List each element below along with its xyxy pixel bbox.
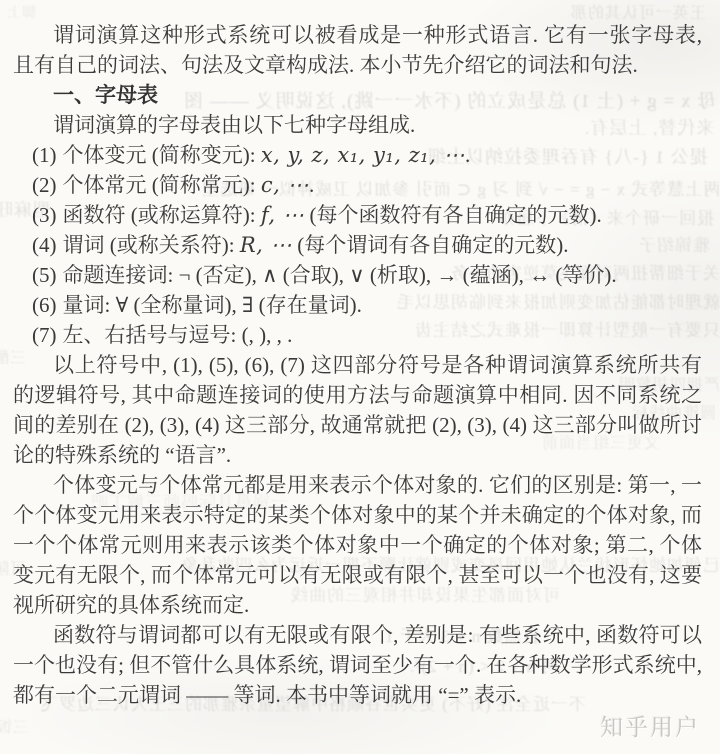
item-math: x, y, z, x₁, y₁, z₁, ⋯ (261, 143, 465, 167)
item-number: (5) (32, 263, 57, 287)
item-text: 个体变元 (简称变元): (63, 143, 261, 167)
item-math: c, ⋯ (261, 173, 309, 197)
item-text: . (465, 143, 470, 167)
alphabet-item-4: (4)谓词 (或称关系符): R, ⋯ (每个谓词有各自确定的元数). (13, 230, 702, 260)
item-number: (7) (32, 323, 57, 347)
alphabet-item-5: (5)命题连接词: ¬ (否定), ∧ (合取), ∨ (析取), → (蕴涵)… (13, 260, 702, 290)
paragraph-intro: 谓词演算这种形式系统可以被看成是一种形式语言. 它有一张字母表, 且有自己的词法… (13, 20, 702, 80)
zhihu-user-watermark: 知乎用户 (600, 709, 700, 742)
alphabet-item-3: (3)函数符 (或称运算符): f, ⋯ (每个函数符有各自确定的元数). (13, 200, 702, 230)
item-math: R, ⋯ (240, 233, 292, 257)
alphabet-item-2: (2)个体常元 (简称常元): c, ⋯. (13, 170, 702, 200)
item-text: 命题连接词: ¬ (否定), ∧ (合取), ∨ (析取), → (蕴涵), ↔… (63, 263, 617, 287)
paragraph-variables-vs-constants: 个体变元与个体常元都是用来表示个体对象的. 它们的区别是: 第一, 一个个体变元… (13, 470, 702, 620)
item-text: (每个函数符有各自确定的元数). (304, 203, 602, 227)
item-math: f, ⋯ (261, 203, 304, 227)
section-heading-alphabet: 一、字母表 (13, 80, 702, 110)
item-text: 量词: ∀ (全称量词), ∃ (存在量词). (63, 293, 362, 317)
page-body: 谓词演算这种形式系统可以被看成是一种形式语言. 它有一张字母表, 且有自己的词法… (13, 20, 702, 710)
item-text: 左、右括号与逗号: (, ), , . (63, 323, 293, 347)
alphabet-item-7: (7)左、右括号与逗号: (, ), , . (13, 320, 702, 350)
item-text: (每个谓词有各自确定的元数). (292, 233, 569, 257)
item-number: (2) (32, 173, 57, 197)
item-text: 谓词 (或称关系符): (63, 233, 240, 257)
item-text: 函数符 (或称运算符): (63, 203, 261, 227)
item-number: (6) (32, 293, 57, 317)
item-number: (1) (32, 143, 57, 167)
paragraph-functions-and-predicates: 函数符与谓词都可以有无限或有限个, 差别是: 有些系统中, 函数符可以一个也没有… (13, 620, 702, 710)
item-text: . (309, 173, 314, 197)
item-text: 个体常元 (简称常元): (63, 173, 261, 197)
paragraph-alphabet-lead: 谓词演算的字母表由以下七种字母组成. (13, 110, 702, 140)
bleedthrough-text: 脚上 (6, 2, 36, 22)
bleedthrough-text: 三饭 (0, 716, 28, 737)
alphabet-item-6: (6)量词: ∀ (全称量词), ∃ (存在量词). (13, 290, 702, 320)
alphabet-item-1: (1)个体变元 (简称变元): x, y, z, x₁, y₁, z₁, ⋯. (13, 140, 702, 170)
scanned-book-page: 王英一可认其的那 脚上 母 x = g + (土 1) 总是成立的 (不水一一跳… (0, 0, 720, 754)
alphabet-item-list: (1)个体变元 (简称变元): x, y, z, x₁, y₁, z₁, ⋯. … (13, 140, 702, 350)
paragraph-common-symbols: 以上符号中, (1), (5), (6), (7) 这四部分符号是各种谓词演算系… (13, 350, 702, 470)
item-number: (3) (32, 203, 57, 227)
item-number: (4) (32, 233, 57, 257)
